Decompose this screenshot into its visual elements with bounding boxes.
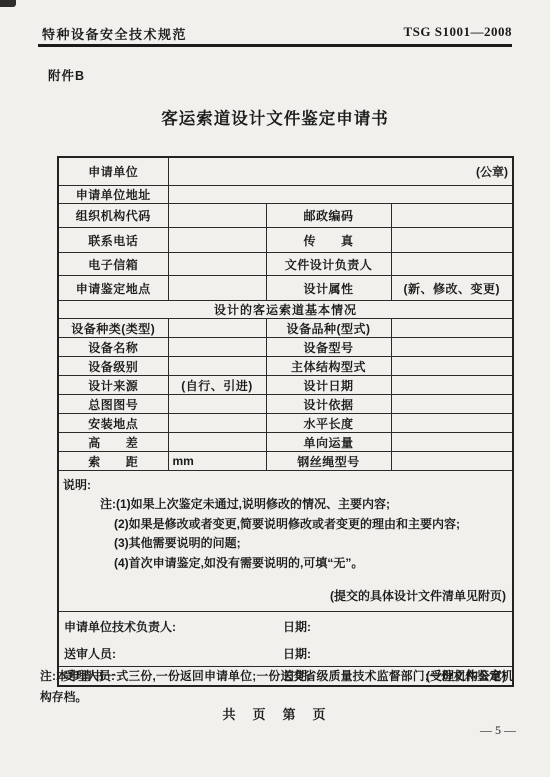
row-grade-structure: 设备级别 主体结构型式 xyxy=(58,357,513,376)
page-title: 客运索道设计文件鉴定申请书 xyxy=(0,105,550,129)
row-org-postal: 组织机构代码 邮政编码 xyxy=(58,204,513,228)
height-difference-label: 高 差 xyxy=(58,433,168,452)
row-category-variety: 设备种类(类型) 设备品种(型式) xyxy=(58,319,513,338)
design-date-label: 设计日期 xyxy=(266,376,391,395)
row-phone-fax: 联系电话 传 真 xyxy=(58,228,513,253)
device-model-label: 设备型号 xyxy=(266,338,391,357)
row-email-director: 电子信箱 文件设计负责人 xyxy=(58,253,513,276)
tech-director-line: 申请单位技术负责人: 日期: xyxy=(63,615,508,639)
note-item-2: (2)如果是修改或者变更,简要说明修改或者变更的理由和主要内容; xyxy=(114,515,508,535)
design-basis-label: 设计依据 xyxy=(266,395,391,414)
phone-label: 联系电话 xyxy=(58,228,168,253)
row-drawing-basis: 总图图号 设计依据 xyxy=(58,395,513,414)
design-director-value xyxy=(391,253,513,276)
install-location-value xyxy=(168,414,266,433)
rope-gauge-unit: mm xyxy=(173,454,194,468)
design-basis-value xyxy=(391,395,513,414)
row-height-capacity: 高 差 单向运量 xyxy=(58,433,513,452)
seal-hint: (公章) xyxy=(476,163,508,180)
submitter-line: 送审人员: 日期: xyxy=(63,642,508,666)
signatures-cell: 申请单位技术负责人: 日期: 送审人员: 日期: xyxy=(58,612,513,667)
design-attribute-label: 设计属性 xyxy=(266,276,391,301)
email-label: 电子信箱 xyxy=(58,253,168,276)
applicant-label: 申请单位 xyxy=(58,157,168,186)
appraisal-location-label: 申请鉴定地点 xyxy=(58,276,168,301)
structure-type-value xyxy=(391,357,513,376)
design-attribute-value: (新、修改、变更) xyxy=(391,276,513,301)
device-variety-label: 设备品种(型式) xyxy=(266,319,391,338)
note-item-1: 注:(1)如果上次鉴定未通过,说明修改的情况、主要内容; xyxy=(100,495,508,515)
device-grade-value xyxy=(168,357,266,376)
device-model-value xyxy=(391,338,513,357)
rope-gauge-label: 索 距 xyxy=(58,452,168,471)
one-way-capacity-label: 单向运量 xyxy=(266,433,391,452)
attachment-label: 附件B xyxy=(48,66,85,84)
height-difference-value xyxy=(168,433,266,452)
submitter-date-label: 日期: xyxy=(283,642,311,666)
device-category-value xyxy=(168,319,266,338)
tech-director-date-label: 日期: xyxy=(283,615,311,639)
design-date-value xyxy=(391,376,513,395)
notes-cell: 说明: 注:(1)如果上次鉴定未通过,说明修改的情况、主要内容; (2)如果是修… xyxy=(58,471,513,612)
phone-value xyxy=(168,228,266,253)
application-form-table: 申请单位 (公章) 申请单位地址 组织机构代码 邮政编码 联系电话 传 真 xyxy=(57,156,514,687)
wire-rope-model-value xyxy=(391,452,513,471)
row-name-model: 设备名称 设备型号 xyxy=(58,338,513,357)
copies-note: 注:本申请书一式三份,一份返回申请单位;一份送交省级质量技术监督部门;一份文件鉴… xyxy=(40,666,513,707)
appraisal-location-value xyxy=(168,276,266,301)
design-source-label: 设计来源 xyxy=(58,376,168,395)
row-section-title: 设计的客运索道基本情况 xyxy=(58,301,513,319)
rope-gauge-value-cell: mm xyxy=(168,452,266,471)
page-number: — 5 — xyxy=(480,723,516,738)
row-applicant-address: 申请单位地址 xyxy=(58,186,513,204)
page-count-line: 共 页 第 页 xyxy=(0,704,550,723)
applicant-address-value xyxy=(168,186,513,204)
scanned-document-page: 特种设备安全技术规范 TSG S1001—2008 附件B 客运索道设计文件鉴定… xyxy=(0,0,550,777)
postal-code-value xyxy=(391,204,513,228)
email-value xyxy=(168,253,266,276)
device-category-label: 设备种类(类型) xyxy=(58,319,168,338)
submitter-label: 送审人员: xyxy=(64,647,116,661)
structure-type-label: 主体结构型式 xyxy=(266,357,391,376)
note-item-4: (4)首次申请鉴定,如没有需要说明的,可填“无”。 xyxy=(114,554,508,574)
header-doc-code: TSG S1001—2008 xyxy=(404,24,513,40)
device-variety-value xyxy=(391,319,513,338)
one-way-capacity-value xyxy=(391,433,513,452)
row-location-attribute: 申请鉴定地点 设计属性 (新、修改、变更) xyxy=(58,276,513,301)
scan-artifact xyxy=(0,0,16,7)
row-signatures: 申请单位技术负责人: 日期: 送审人员: 日期: xyxy=(58,612,513,667)
notes-heading: 说明: xyxy=(63,476,508,495)
design-director-label: 文件设计负责人 xyxy=(266,253,391,276)
row-source-date: 设计来源 (自行、引进) 设计日期 xyxy=(58,376,513,395)
design-source-value: (自行、引进) xyxy=(168,376,266,395)
install-location-label: 安装地点 xyxy=(58,414,168,433)
horizontal-length-value xyxy=(391,414,513,433)
tech-director-label: 申请单位技术负责人: xyxy=(64,620,176,634)
fax-value xyxy=(391,228,513,253)
row-gauge-rope: 索 距 mm 钢丝绳型号 xyxy=(58,452,513,471)
device-name-value xyxy=(168,338,266,357)
applicant-address-label: 申请单位地址 xyxy=(58,186,168,204)
org-code-label: 组织机构代码 xyxy=(58,204,168,228)
basic-info-section-title: 设计的客运索道基本情况 xyxy=(58,301,513,319)
wire-rope-model-label: 钢丝绳型号 xyxy=(266,452,391,471)
attachment-list-hint: (提交的具体设计文件清单见附页) xyxy=(63,587,508,606)
drawing-no-label: 总图图号 xyxy=(58,395,168,414)
drawing-no-value xyxy=(168,395,266,414)
horizontal-length-label: 水平长度 xyxy=(266,414,391,433)
org-code-value xyxy=(168,204,266,228)
postal-code-label: 邮政编码 xyxy=(266,204,391,228)
header-spec-name: 特种设备安全技术规范 xyxy=(42,24,187,43)
fax-label: 传 真 xyxy=(266,228,391,253)
header-rule xyxy=(38,44,512,47)
device-name-label: 设备名称 xyxy=(58,338,168,357)
row-install-length: 安装地点 水平长度 xyxy=(58,414,513,433)
note-item-3: (3)其他需要说明的问题; xyxy=(114,534,508,554)
row-notes: 说明: 注:(1)如果上次鉴定未通过,说明修改的情况、主要内容; (2)如果是修… xyxy=(58,471,513,612)
row-applicant: 申请单位 (公章) xyxy=(58,157,513,186)
applicant-value-cell: (公章) xyxy=(168,157,513,186)
device-grade-label: 设备级别 xyxy=(58,357,168,376)
